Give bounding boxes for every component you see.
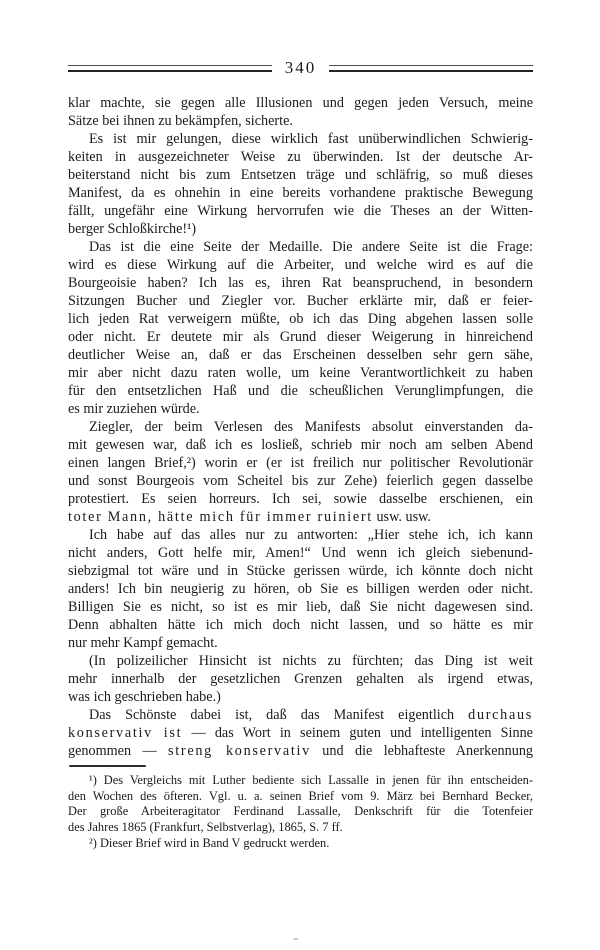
text-line: mehr innerhalb der gesetzlichen Grenzen …: [68, 670, 533, 688]
text-line: Bourgeoisie haben? Ich las es, ihren Rat…: [68, 274, 533, 292]
text-segment: Manifest, da es ohnehin in eine bereits …: [68, 185, 533, 201]
header-rule-left: [68, 65, 272, 72]
text-line: deutlicher Weise an, daß er das Erschein…: [68, 346, 533, 364]
text-line: was ich geschrieben habe.): [68, 688, 533, 706]
text-segment: — das Wort in seinem guten und intellige…: [182, 725, 533, 741]
text-line: (In polizeilicher Hinsicht ist nichts zu…: [68, 652, 533, 670]
text-segment: beiterstand nicht bis zum Entsetzen träg…: [68, 167, 533, 183]
letterspaced-segment: durchaus: [468, 707, 533, 723]
text-line: Das ist die eine Seite der Medaille. Die…: [68, 238, 533, 256]
text-line: einen langen Brief,²) worin er (er ist f…: [68, 454, 533, 472]
text-line: mit gewesen war, daß ich es losließ, sch…: [68, 436, 533, 454]
text-segment: und sonst Bourgeois vom Scheitel bis zur…: [68, 473, 533, 489]
text-segment: Billigen Sie es nicht, so ist es mir lie…: [68, 599, 533, 615]
text-line: es mir zuziehen würde.: [68, 400, 533, 418]
text-segment: nur mehr Kampf gemacht.: [68, 635, 218, 651]
book-page: 340 klar machte, sie gegen alle Illusion…: [0, 0, 600, 950]
text-line: lich jeden Rat verweigern müßte, ob ich …: [68, 310, 533, 328]
header-rule-right: [329, 65, 533, 72]
text-line: Denn abhalten hätte ich mich doch nicht …: [68, 616, 533, 634]
text-segment: Es ist mir gelungen, diese wirklich fast…: [89, 131, 533, 147]
text-segment: für den entsetzlichen Haß und die scheuß…: [68, 383, 533, 399]
text-segment: usw. usw.: [373, 509, 431, 525]
text-line: oder nicht. Er deutete mir als Grund die…: [68, 328, 533, 346]
scan-artifact-speck: [293, 938, 298, 940]
text-line: genommen — streng konservativ und die le…: [68, 742, 533, 760]
text-segment: Das ist die eine Seite der Medaille. Die…: [89, 239, 533, 255]
text-segment: siebzigmal tot wäre und in Stücke geriss…: [68, 563, 533, 579]
text-segment: genommen —: [68, 743, 168, 759]
text-segment: protestiert. Es seien horreurs. Ich sei,…: [68, 491, 533, 507]
text-segment: deutlicher Weise an, daß er das Erschein…: [68, 347, 533, 363]
text-line: Das Schönste dabei ist, daß das Manifest…: [68, 706, 533, 724]
text-segment: klar machte, sie gegen alle Illusionen u…: [68, 95, 533, 111]
text-segment: Sitzungen Bucher und Ziegler vor. Bucher…: [68, 293, 533, 309]
text-line: berger Schloßkirche!¹): [68, 220, 533, 238]
letterspaced-segment: konservativ ist: [68, 725, 182, 741]
page-number: 340: [272, 59, 330, 76]
text-segment: (In polizeilicher Hinsicht ist nichts zu…: [89, 653, 533, 669]
text-segment: mehr innerhalb der gesetzlichen Grenzen …: [68, 671, 533, 687]
text-segment: anders! Ich bin neugierig zu hören, ob S…: [68, 581, 533, 597]
text-line: Billigen Sie es nicht, so ist es mir lie…: [68, 598, 533, 616]
text-line: Manifest, da es ohnehin in eine bereits …: [68, 184, 533, 202]
text-segment: den Wochen des öfteren. Vgl. u. a. seine…: [68, 789, 533, 803]
text-segment: lich jeden Rat verweigern müßte, ob ich …: [68, 311, 533, 327]
text-line: für den entsetzlichen Haß und die scheuß…: [68, 382, 533, 400]
text-segment: was ich geschrieben habe.): [68, 689, 221, 705]
text-segment: Ich habe auf das alles nur zu antworten:…: [89, 527, 533, 543]
text-line: nur mehr Kampf gemacht.: [68, 634, 533, 652]
text-line: siebzigmal tot wäre und in Stücke geriss…: [68, 562, 533, 580]
footnotes: ¹) Des Vergleichs mit Luther bediente si…: [68, 773, 533, 852]
text-segment: ¹) Des Vergleichs mit Luther bediente si…: [89, 773, 533, 787]
text-line: wird es diese Wirkung auf die Arbeiter, …: [68, 256, 533, 274]
text-line: Es ist mir gelungen, diese wirklich fast…: [68, 130, 533, 148]
text-segment: mit gewesen war, daß ich es losließ, sch…: [68, 437, 533, 453]
text-segment: Ziegler, der beim Verlesen des Manifests…: [89, 419, 533, 435]
text-line: Sitzungen Bucher und Ziegler vor. Bucher…: [68, 292, 533, 310]
text-segment: berger Schloßkirche!¹): [68, 221, 196, 237]
text-line: Sätze bei ihnen zu bekämpfen, sicherte.: [68, 112, 533, 130]
footnote-line: ¹) Des Vergleichs mit Luther bediente si…: [68, 773, 533, 789]
text-line: Ziegler, der beim Verlesen des Manifests…: [68, 418, 533, 436]
text-segment: nicht anders, Gott helfe mir, Amen!“ Und…: [68, 545, 533, 561]
text-segment: mir aber nicht dazu raten wolle, um kein…: [68, 365, 533, 381]
text-line: nicht anders, Gott helfe mir, Amen!“ Und…: [68, 544, 533, 562]
text-line: fällt, ungefähr eine Wirkung hervorrufen…: [68, 202, 533, 220]
text-segment: Bourgeoisie haben? Ich las es, ihren Rat…: [68, 275, 533, 291]
letterspaced-segment: streng konservativ: [168, 743, 311, 759]
text-line: protestiert. Es seien horreurs. Ich sei,…: [68, 490, 533, 508]
text-segment: einen langen Brief,²) worin er (er ist f…: [68, 455, 533, 471]
text-segment: fällt, ungefähr eine Wirkung hervorrufen…: [68, 203, 533, 219]
text-segment: es mir zuziehen würde.: [68, 401, 200, 417]
letterspaced-segment: toter Mann, hätte mich für immer ruinier…: [68, 509, 373, 525]
footnote-line: den Wochen des öfteren. Vgl. u. a. seine…: [68, 789, 533, 805]
text-segment: und die lebhafteste Anerkennung: [311, 743, 533, 759]
text-segment: Denn abhalten hätte ich mich doch nicht …: [68, 617, 533, 633]
text-segment: Das Schönste dabei ist, daß das Manifest…: [89, 707, 468, 723]
text-line: toter Mann, hätte mich für immer ruinier…: [68, 508, 533, 526]
footnote-line: ²) Dieser Brief wird in Band V gedruckt …: [68, 836, 533, 852]
footnote-line: Der große Arbeiteragitator Ferdinand Las…: [68, 804, 533, 820]
text-line: konservativ ist — das Wort in seinem gut…: [68, 724, 533, 742]
text-line: keiten in ausgezeichneter Weise zu überw…: [68, 148, 533, 166]
body-text: klar machte, sie gegen alle Illusionen u…: [68, 94, 533, 760]
text-segment: oder nicht. Er deutete mir als Grund die…: [68, 329, 533, 345]
text-line: klar machte, sie gegen alle Illusionen u…: [68, 94, 533, 112]
running-head: 340: [68, 60, 533, 77]
text-segment: wird es diese Wirkung auf die Arbeiter, …: [68, 257, 533, 273]
text-segment: keiten in ausgezeichneter Weise zu überw…: [68, 149, 533, 165]
text-segment: Sätze bei ihnen zu bekämpfen, sicherte.: [68, 113, 293, 129]
text-segment: des Jahres 1865 (Frankfurt, Selbstverlag…: [68, 820, 343, 834]
text-line: und sonst Bourgeois vom Scheitel bis zur…: [68, 472, 533, 490]
text-segment: Der große Arbeiteragitator Ferdinand Las…: [68, 804, 533, 818]
text-segment: ²) Dieser Brief wird in Band V gedruckt …: [89, 836, 329, 850]
footnote-line: des Jahres 1865 (Frankfurt, Selbstverlag…: [68, 820, 533, 836]
text-line: beiterstand nicht bis zum Entsetzen träg…: [68, 166, 533, 184]
footnote-separator-rule: [69, 765, 146, 767]
text-line: mir aber nicht dazu raten wolle, um kein…: [68, 364, 533, 382]
text-line: Ich habe auf das alles nur zu antworten:…: [68, 526, 533, 544]
text-line: anders! Ich bin neugierig zu hören, ob S…: [68, 580, 533, 598]
